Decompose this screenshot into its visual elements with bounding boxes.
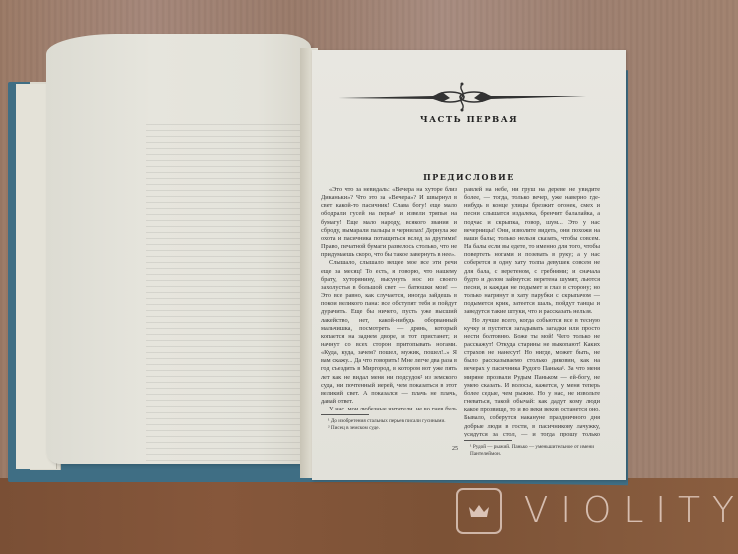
footnote: ² Писец в земском суде.: [328, 425, 463, 432]
paragraph: У нас, мои любезные читатели, не во гнев…: [321, 406, 457, 410]
paragraph: «Это что за невидаль: «Вечера на хуторе …: [321, 186, 457, 259]
watermark-brand: VIOLITY: [524, 490, 738, 531]
footnote-rule-right: [464, 440, 512, 441]
paragraph: равлей на небе, ни груш на дереве не уви…: [464, 186, 600, 317]
footnotes-right: ¹ Рудой — рыжий. Панько — уменьшительное…: [470, 444, 610, 457]
footnote: ¹ Рудой — рыжий. Панько — уменьшительное…: [470, 444, 610, 457]
page-number: 25: [452, 446, 458, 452]
footnote: ¹ До изобретения стальных перьев писали …: [328, 418, 463, 425]
section-title: ПРЕДИСЛОВИЕ: [312, 172, 626, 182]
footnote-rule-left: [321, 414, 369, 415]
left-page-curled: [46, 34, 311, 464]
violity-watermark: VIOLITY: [456, 483, 738, 538]
part-title: ЧАСТЬ ПЕРВАЯ: [312, 115, 626, 125]
text-column-right: равлей на небе, ни груш на дереве не уви…: [464, 186, 600, 437]
right-page: ЧАСТЬ ПЕРВАЯ ПРЕДИСЛОВИЕ «Это что за нев…: [312, 50, 626, 480]
crown-icon: [467, 503, 491, 519]
paragraph: Но лучше всего, когда собьются все в тес…: [464, 317, 600, 438]
flourish-ornament-icon: [338, 82, 586, 112]
text-column-left: «Это что за невидаль: «Вечера на хуторе …: [321, 186, 457, 410]
show-through-text: [146, 124, 326, 464]
footnotes-left: ¹ До изобретения стальных перьев писали …: [328, 418, 463, 431]
watermark-logo-box: [456, 488, 502, 534]
paragraph: Слышало, слышало вещее мое все эти речи …: [321, 259, 457, 406]
